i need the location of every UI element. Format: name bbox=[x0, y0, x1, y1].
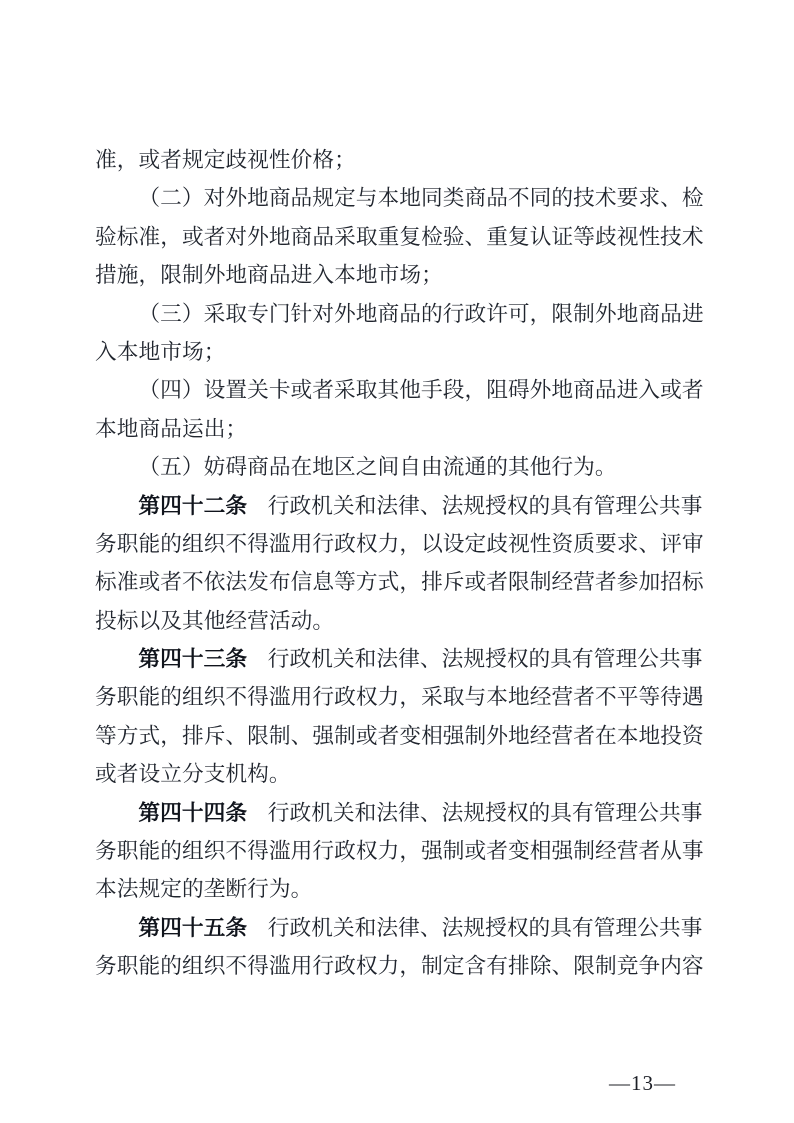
paragraph: （二）对外地商品规定与本地同类商品不同的技术要求、检验标准，或者对外地商品采取重… bbox=[95, 179, 709, 294]
paragraph: （五）妨碍商品在地区之间自由流通的其他行为。 bbox=[95, 448, 709, 486]
text-line: （三）采取专门针对外地商品的行政许可，限制外地商品进 bbox=[95, 295, 709, 333]
text-line: 标准或者不依法发布信息等方式，排斥或者限制经营者参加招标 bbox=[95, 563, 709, 601]
text-line: 第四十四条行政机关和法律、法规授权的具有管理公共事 bbox=[95, 794, 709, 832]
text-line: 等方式，排斥、限制、强制或者变相强制外地经营者在本地投资 bbox=[95, 717, 709, 755]
text-line: 或者设立分支机构。 bbox=[95, 755, 709, 793]
document-page: 准，或者规定歧视性价格；（二）对外地商品规定与本地同类商品不同的技术要求、检验标… bbox=[0, 0, 794, 1123]
paragraph: 第四十五条行政机关和法律、法规授权的具有管理公共事务职能的组织不得滥用行政权力，… bbox=[95, 909, 709, 986]
document-body: 准，或者规定歧视性价格；（二）对外地商品规定与本地同类商品不同的技术要求、检验标… bbox=[95, 141, 709, 986]
page-number: —13— bbox=[609, 1071, 676, 1095]
paragraph: 第四十三条行政机关和法律、法规授权的具有管理公共事务职能的组织不得滥用行政权力，… bbox=[95, 640, 709, 794]
paragraph: 第四十四条行政机关和法律、法规授权的具有管理公共事务职能的组织不得滥用行政权力，… bbox=[95, 794, 709, 909]
text-line: 入本地市场； bbox=[95, 333, 709, 371]
article-number: 第四十二条 bbox=[138, 493, 247, 518]
text-line: 务职能的组织不得滥用行政权力，采取与本地经营者不平等待遇 bbox=[95, 678, 709, 716]
text-line: 务职能的组织不得滥用行政权力，强制或者变相强制经营者从事 bbox=[95, 832, 709, 870]
page-footer: —13— bbox=[609, 1070, 676, 1096]
text-line: 第四十五条行政机关和法律、法规授权的具有管理公共事 bbox=[95, 909, 709, 947]
article-number: 第四十五条 bbox=[138, 915, 247, 940]
text-line: 本法规定的垄断行为。 bbox=[95, 870, 709, 908]
text-line: 措施，限制外地商品进入本地市场； bbox=[95, 256, 709, 294]
text-line: 投标以及其他经营活动。 bbox=[95, 602, 709, 640]
text-line: 第四十三条行政机关和法律、法规授权的具有管理公共事 bbox=[95, 640, 709, 678]
paragraph: （三）采取专门针对外地商品的行政许可，限制外地商品进入本地市场； bbox=[95, 295, 709, 372]
text-line: （五）妨碍商品在地区之间自由流通的其他行为。 bbox=[95, 448, 709, 486]
article-number: 第四十四条 bbox=[138, 800, 247, 825]
text-line: （四）设置关卡或者采取其他手段，阻碍外地商品进入或者 bbox=[95, 371, 709, 409]
article-number: 第四十三条 bbox=[138, 646, 247, 671]
text-line: 务职能的组织不得滥用行政权力，以设定歧视性资质要求、评审 bbox=[95, 525, 709, 563]
text-line: （二）对外地商品规定与本地同类商品不同的技术要求、检 bbox=[95, 179, 709, 217]
text-line: 验标准，或者对外地商品采取重复检验、重复认证等歧视性技术 bbox=[95, 218, 709, 256]
text-line: 第四十二条行政机关和法律、法规授权的具有管理公共事 bbox=[95, 487, 709, 525]
text-line: 准，或者规定歧视性价格； bbox=[95, 141, 709, 179]
paragraph: （四）设置关卡或者采取其他手段，阻碍外地商品进入或者本地商品运出； bbox=[95, 371, 709, 448]
text-line: 本地商品运出； bbox=[95, 410, 709, 448]
paragraph: 准，或者规定歧视性价格； bbox=[95, 141, 709, 179]
text-line: 务职能的组织不得滥用行政权力，制定含有排除、限制竞争内容 bbox=[95, 947, 709, 985]
paragraph: 第四十二条行政机关和法律、法规授权的具有管理公共事务职能的组织不得滥用行政权力，… bbox=[95, 487, 709, 641]
